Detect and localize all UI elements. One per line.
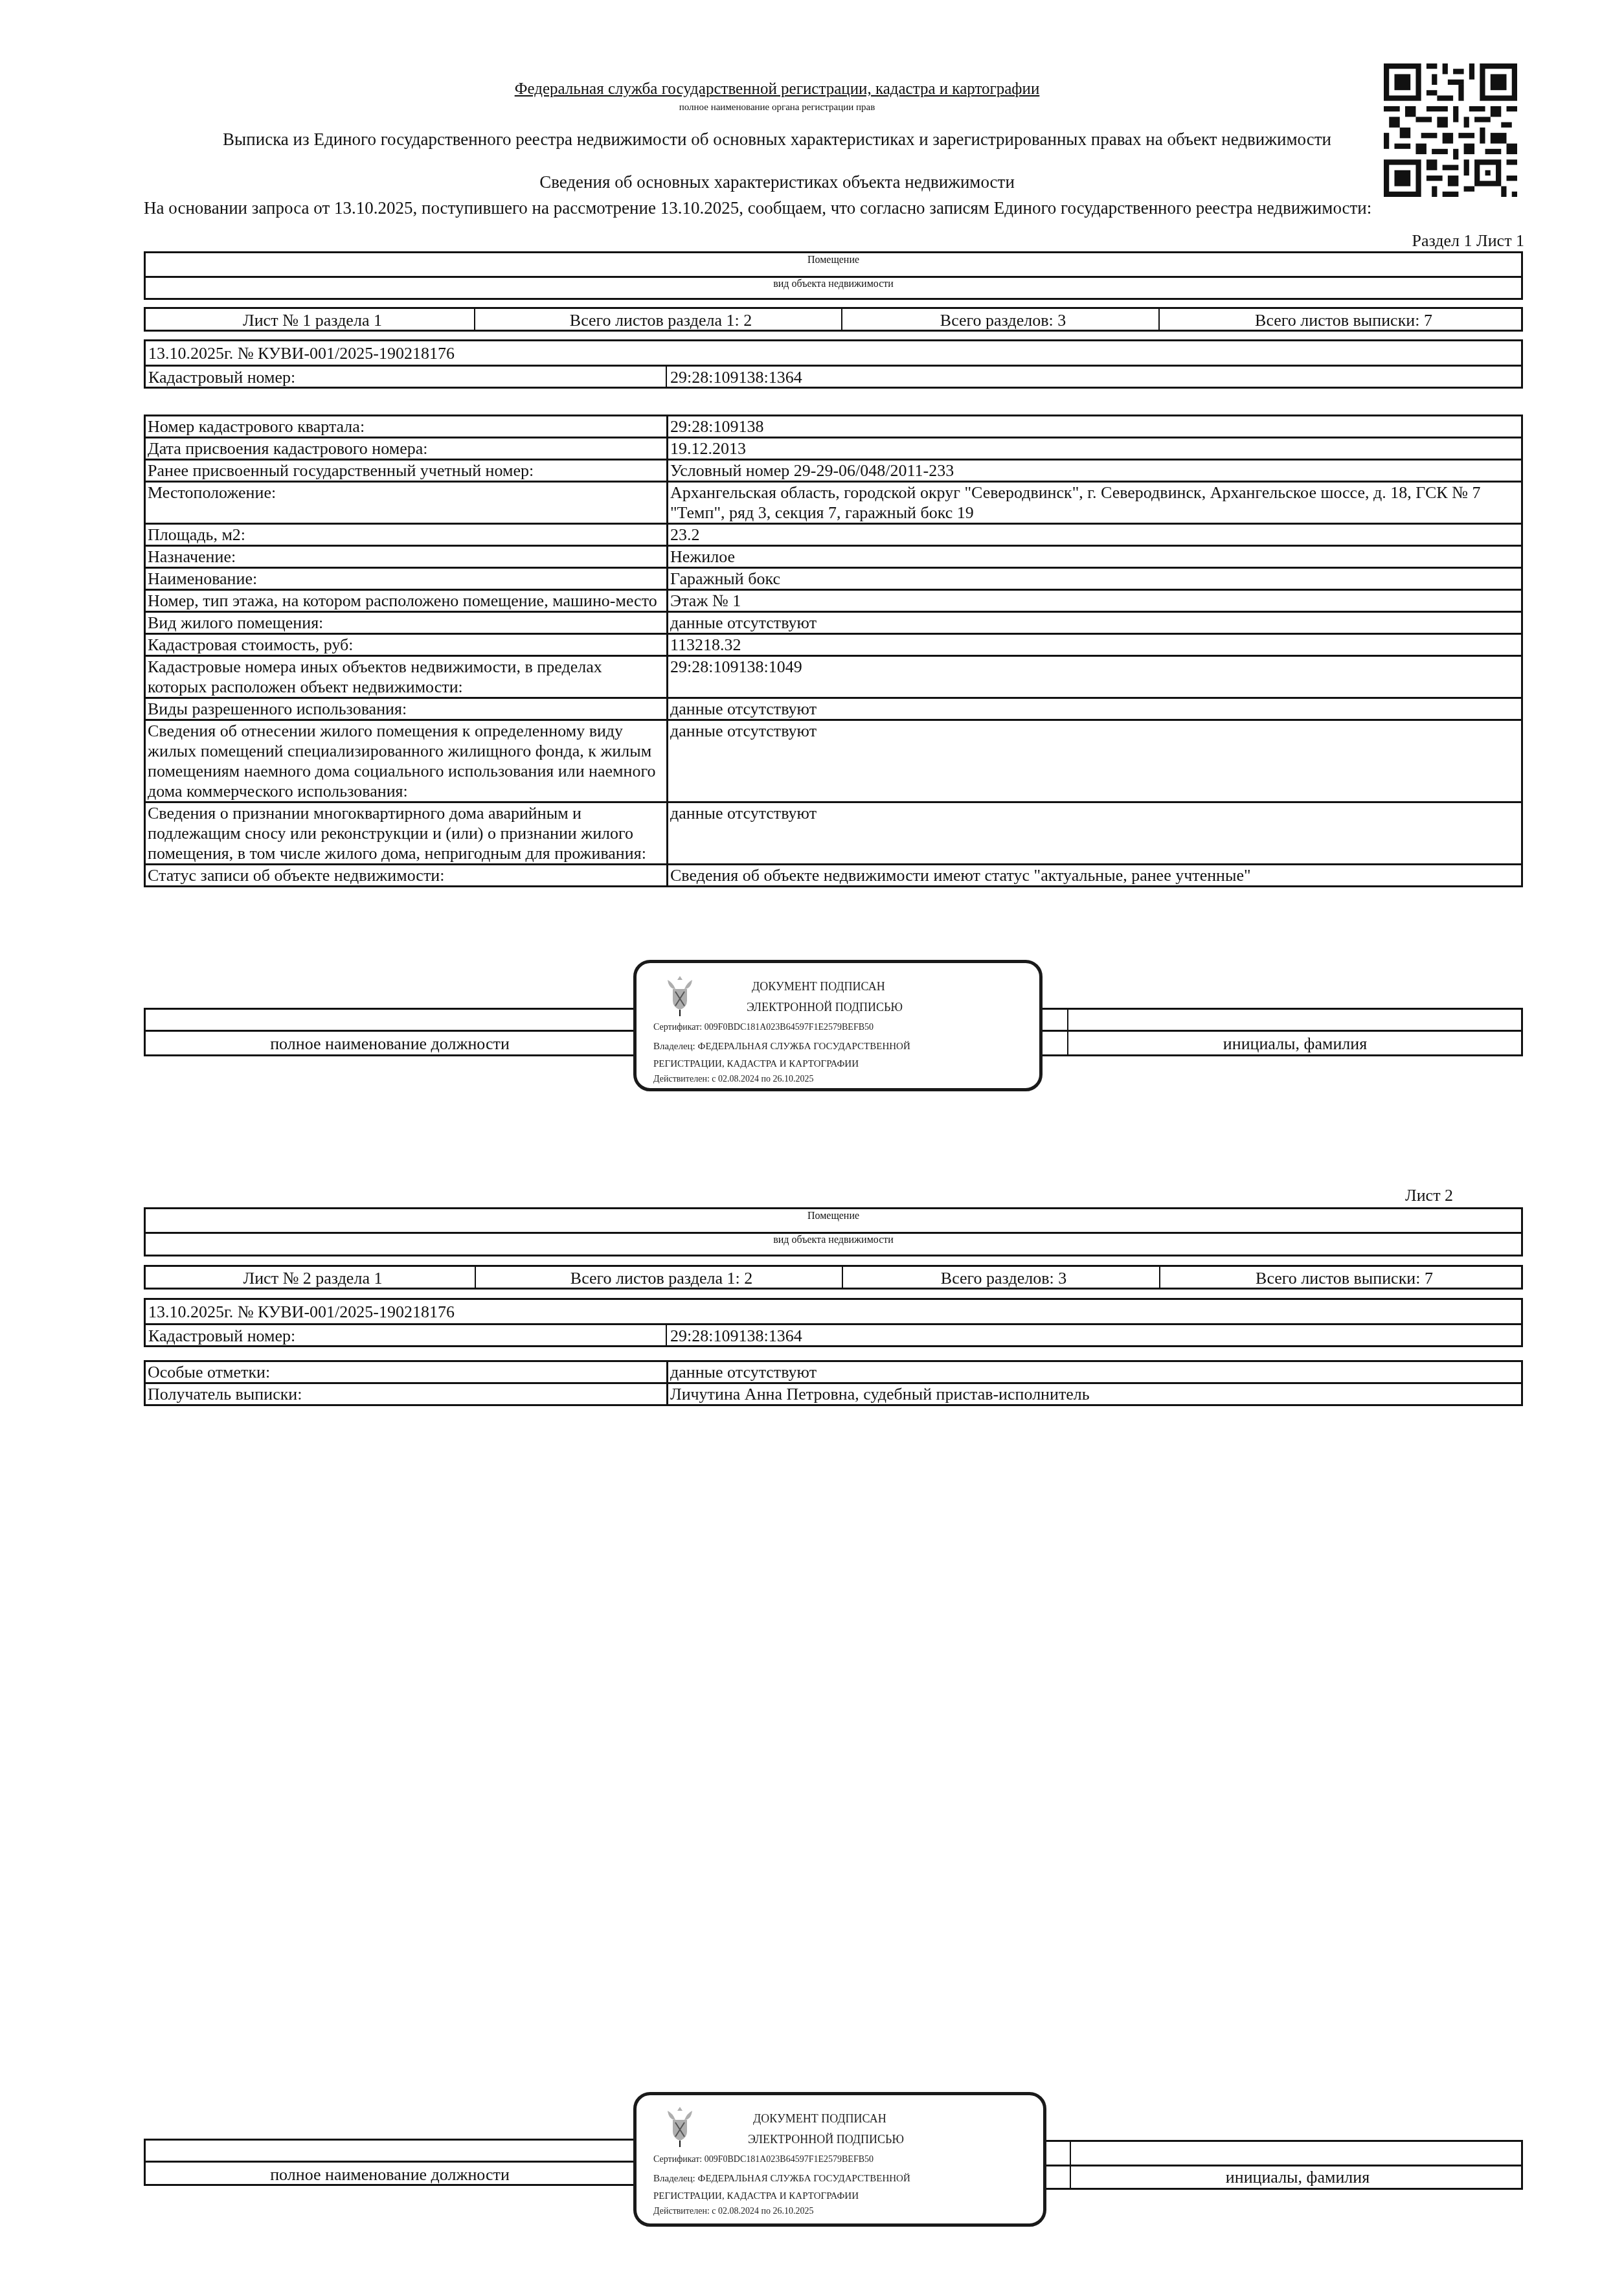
coat-of-arms-icon: [661, 2102, 699, 2147]
row-value: 19.12.2013: [668, 438, 1522, 460]
row-value: Условный номер 29-29-06/048/2011-233: [668, 460, 1522, 482]
row-label: Сведения о признании многоквартирного до…: [145, 802, 668, 865]
row-value: 23.2: [668, 524, 1522, 546]
name-caption: инициалы, фамилия: [1068, 1034, 1522, 1054]
row-label: Статус записи об объекте недвижимости:: [145, 865, 668, 887]
table-row: Дата присвоения кадастрового номера:19.1…: [145, 438, 1522, 460]
object-type-caption: вид объекта недвижимости: [146, 279, 1521, 290]
row-value: Этаж № 1: [668, 590, 1522, 612]
row-value: данные отсутствуют: [668, 802, 1522, 865]
cadastral-label-2: Кадастровый номер:: [146, 1326, 298, 1346]
row-label: Вид жилого помещения:: [145, 612, 668, 634]
row-value: 29:28:109138: [668, 416, 1522, 438]
row-value: 29:28:109138:1049: [668, 656, 1522, 698]
section-title: Сведения об основных характеристиках объ…: [453, 172, 1101, 192]
row-label: Номер, тип этажа, на котором расположено…: [145, 590, 668, 612]
e-signature-stamp-2: ДОКУМЕНТ ПОДПИСАН ЭЛЕКТРОННОЙ ПОДПИСЬЮ С…: [633, 2092, 1046, 2227]
row-value: данные отсутствуют: [668, 1361, 1522, 1383]
sheet-number-2: Лист № 2 раздела 1: [146, 1268, 480, 1288]
row-value: Сведения об объекте недвижимости имеют с…: [668, 865, 1522, 887]
table-row: Сведения о признании многоквартирного до…: [145, 802, 1522, 865]
row-label: Ранее присвоенный государственный учетны…: [145, 460, 668, 482]
special-notes-table: Особые отметки:данные отсутствуютПолучат…: [144, 1360, 1523, 1406]
table-row: Местоположение:Архангельская область, го…: [145, 482, 1522, 524]
row-label: Площадь, м2:: [145, 524, 668, 546]
request-line: На основании запроса от 13.10.2025, пост…: [144, 198, 1529, 218]
table-row: Кадастровая стоимость, руб:113218.32: [145, 634, 1522, 656]
agency-name: Федеральная служба государственной регис…: [453, 80, 1101, 98]
table-row: Статус записи об объекте недвижимости:Св…: [145, 865, 1522, 887]
object-type-caption-2: вид объекта недвижимости: [146, 1234, 1521, 1246]
row-label: Назначение:: [145, 546, 668, 568]
reference-number-2: 13.10.2025г. № КУВИ-001/2025-190218176: [146, 1302, 457, 1322]
characteristics-table: Номер кадастрового квартала:29:28:109138…: [144, 415, 1523, 887]
cadastral-number-2: 29:28:109138:1364: [668, 1326, 805, 1346]
reference-box-2: 13.10.2025г. № КУВИ-001/2025-190218176 К…: [144, 1298, 1523, 1347]
sections-total-2: Всего разделов: 3: [843, 1268, 1164, 1288]
table-row: Ранее присвоенный государственный учетны…: [145, 460, 1522, 482]
row-label: Номер кадастрового квартала:: [145, 416, 668, 438]
sheet-label-2: Лист 2: [1405, 1185, 1453, 1205]
object-type-2: Помещение: [146, 1211, 1521, 1222]
row-value: данные отсутствуют: [668, 720, 1522, 802]
sheets-total-2: Всего листов выписки: 7: [1160, 1268, 1528, 1288]
agency-caption: полное наименование органа регистрации п…: [453, 102, 1101, 113]
sheet-number: Лист № 1 раздела 1: [146, 310, 479, 330]
table-row: Сведения об отнесении жилого помещения к…: [145, 720, 1522, 802]
row-value: данные отсутствуют: [668, 612, 1522, 634]
row-value: Нежилое: [668, 546, 1522, 568]
table-row: Площадь, м2:23.2: [145, 524, 1522, 546]
sheets-in-section-2: Всего листов раздела 1: 2: [476, 1268, 847, 1288]
qr-code-icon: [1381, 63, 1520, 197]
table-row: Номер, тип этажа, на котором расположено…: [145, 590, 1522, 612]
row-value: 113218.32: [668, 634, 1522, 656]
table-row: Особые отметки:данные отсутствуют: [145, 1361, 1522, 1383]
sheet-label-1: Раздел 1 Лист 1: [1412, 231, 1525, 251]
row-label: Особые отметки:: [145, 1361, 668, 1383]
row-label: Получатель выписки:: [145, 1383, 668, 1405]
reference-box: 13.10.2025г. № КУВИ-001/2025-190218176 К…: [144, 339, 1523, 389]
row-label: Наименование:: [145, 568, 668, 590]
object-type-box: Помещение вид объекта недвижимости: [144, 251, 1523, 300]
position-caption: полное наименование должности: [144, 1034, 636, 1054]
cadastral-label: Кадастровый номер:: [146, 367, 298, 387]
sheet-info-bar-2: Лист № 2 раздела 1 Всего листов раздела …: [144, 1265, 1523, 1290]
coat-of-arms-icon: [661, 971, 699, 1016]
e-signature-stamp: ДОКУМЕНТ ПОДПИСАН ЭЛЕКТРОННОЙ ПОДПИСЬЮ С…: [633, 960, 1043, 1091]
sections-total: Всего разделов: 3: [842, 310, 1164, 330]
row-value: Гаражный бокс: [668, 568, 1522, 590]
name-caption-2: инициалы, фамилия: [1071, 2167, 1524, 2187]
row-value: данные отсутствуют: [668, 698, 1522, 720]
table-row: Получатель выписки:Личутина Анна Петровн…: [145, 1383, 1522, 1405]
sheet-info-bar: Лист № 1 раздела 1 Всего листов раздела …: [144, 307, 1523, 332]
sheets-in-section: Всего листов раздела 1: 2: [475, 310, 846, 330]
row-label: Сведения об отнесении жилого помещения к…: [145, 720, 668, 802]
row-label: Кадастровая стоимость, руб:: [145, 634, 668, 656]
row-label: Кадастровые номера иных объектов недвижи…: [145, 656, 668, 698]
row-value: Архангельская область, городской округ "…: [668, 482, 1522, 524]
sheets-total: Всего листов выписки: 7: [1160, 310, 1528, 330]
table-row: Виды разрешенного использования:данные о…: [145, 698, 1522, 720]
row-label: Виды разрешенного использования:: [145, 698, 668, 720]
object-type-box-2: Помещение вид объекта недвижимости: [144, 1207, 1523, 1256]
position-caption-2: полное наименование должности: [144, 2165, 636, 2185]
table-row: Вид жилого помещения:данные отсутствуют: [145, 612, 1522, 634]
row-label: Местоположение:: [145, 482, 668, 524]
table-row: Номер кадастрового квартала:29:28:109138: [145, 416, 1522, 438]
cadastral-number: 29:28:109138:1364: [668, 367, 805, 387]
table-row: Наименование:Гаражный бокс: [145, 568, 1522, 590]
object-type: Помещение: [146, 255, 1521, 266]
document-title: Выписка из Единого государственного реес…: [162, 130, 1392, 150]
table-row: Назначение:Нежилое: [145, 546, 1522, 568]
reference-number: 13.10.2025г. № КУВИ-001/2025-190218176: [146, 343, 457, 363]
row-value: Личутина Анна Петровна, судебный пристав…: [668, 1383, 1522, 1405]
row-label: Дата присвоения кадастрового номера:: [145, 438, 668, 460]
table-row: Кадастровые номера иных объектов недвижи…: [145, 656, 1522, 698]
